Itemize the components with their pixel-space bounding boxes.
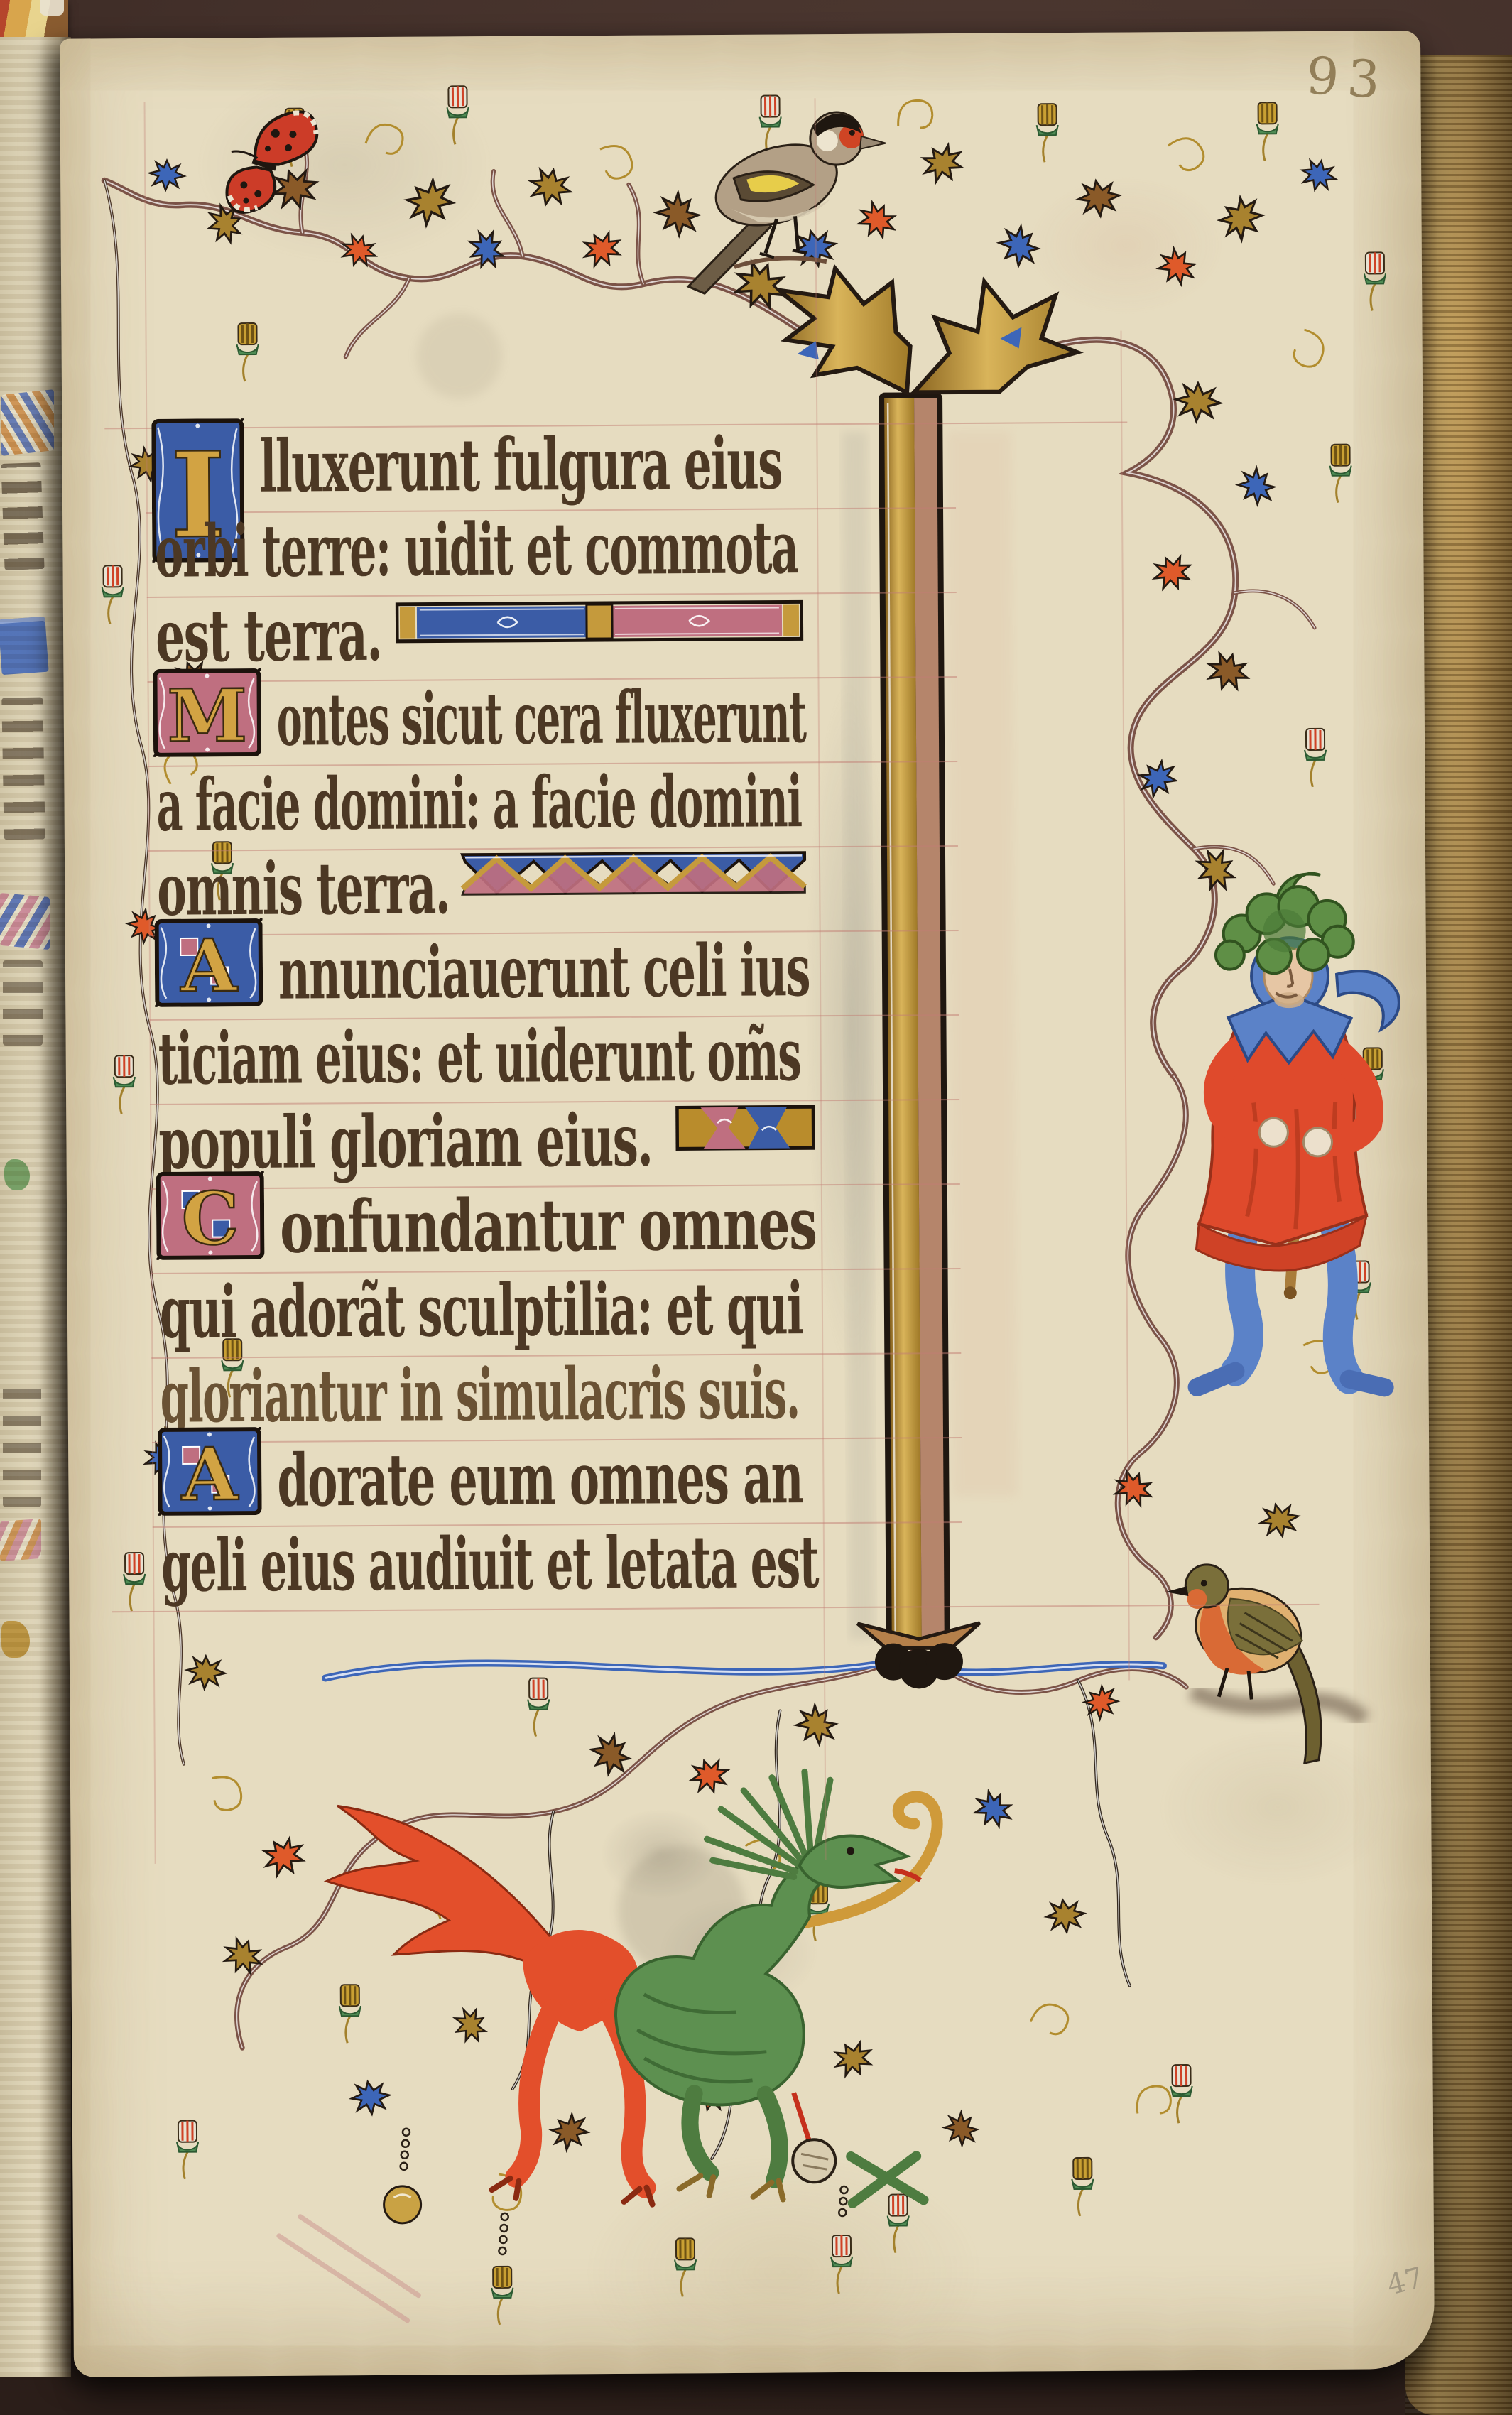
text-line-content: gloriantur in simulacris suis. — [160, 1350, 800, 1438]
stacked-page-edges — [0, 37, 71, 2377]
border-leaf — [449, 2003, 492, 2048]
underpage-border-fragment — [1, 389, 54, 456]
border-sprig — [1170, 2065, 1192, 2123]
underpage-text-fragment — [1, 698, 45, 840]
border-leaf — [1300, 158, 1339, 192]
text-line-content: orbi terre: uidit et commota — [155, 505, 798, 593]
text-line-content: a facie domini: a facie domini — [156, 759, 802, 847]
text-line: lluxerunt fulgura eius — [154, 416, 962, 505]
text-line: orbi terre: uidit et commota — [155, 499, 1055, 590]
border-leaf — [1148, 550, 1196, 595]
border-sprig — [1305, 729, 1327, 787]
border-leaf — [1214, 190, 1270, 247]
text-line: ontes sicut cera fluxerunt — [156, 668, 1103, 759]
border-leaf — [1076, 178, 1122, 219]
svg-text:M: M — [167, 673, 247, 757]
border-leaf — [830, 2036, 879, 2083]
border-sprig — [1257, 102, 1279, 161]
border-leaf — [992, 220, 1045, 273]
border-sprig — [888, 2194, 910, 2252]
gold-tendril — [1163, 134, 1207, 173]
text-line-content: qui adorãt sculptilia: et qui — [160, 1266, 803, 1354]
border-sprig — [675, 2238, 697, 2296]
border-leaf — [150, 161, 185, 190]
border-leaf — [1176, 384, 1220, 422]
border-leaf — [349, 2078, 392, 2117]
text-line-content: ticiam eius: et uiderunt om̃s — [158, 1012, 800, 1100]
border-sprig — [236, 323, 259, 381]
border-sprig — [831, 2235, 853, 2294]
border-leaf — [578, 226, 627, 273]
gold-tendril — [200, 1769, 249, 1816]
text-line-content: geli eius audiuit et letata est — [161, 1519, 819, 1607]
border-leaf — [649, 186, 707, 243]
border-leaf — [268, 163, 322, 214]
border-leaf — [1231, 462, 1281, 511]
pen-trial-scratches — [279, 2216, 419, 2321]
text-line-content: est terra. — [156, 592, 382, 678]
text-line-content: nnunciauerunt celi ius — [278, 928, 810, 1015]
border-sprig — [102, 565, 124, 624]
border-leaf — [528, 167, 574, 208]
underpage-bluebar-fragment — [0, 617, 49, 675]
border-leaf — [400, 171, 462, 233]
initial-panel-svg: A — [158, 1427, 262, 1516]
pendant-ornament — [384, 2129, 421, 2223]
border-leaf — [220, 1935, 266, 1978]
text-line-content: onfundantur omnes — [280, 1181, 817, 1269]
text-line-content: lluxerunt fulgura eius — [259, 421, 782, 509]
svg-text:A: A — [180, 923, 239, 1007]
illuminated-initial-C: C — [156, 1171, 265, 1260]
border-leaf — [545, 2107, 595, 2156]
border-sprig — [124, 1553, 146, 1611]
border-sprig — [1072, 2158, 1094, 2216]
text-line: dorate eum omnes an — [161, 1430, 974, 1519]
underpage-rose-fragment — [0, 1519, 41, 1561]
line-filler-svg — [675, 1102, 815, 1153]
underpage-text-fragment — [1, 462, 44, 570]
illuminated-initial-A: A — [155, 918, 263, 1007]
initial-panel-svg: C — [156, 1171, 265, 1260]
gold-tendril — [891, 92, 939, 140]
gold-tendril — [1028, 2000, 1072, 2040]
text-line: nnunciauerunt celi ius — [158, 923, 1006, 1012]
gold-tendril — [1129, 2078, 1177, 2127]
photographed-manuscript-scene: 93 47 red butterfly — [0, 0, 1512, 2415]
svg-text:A: A — [181, 1432, 240, 1516]
border-leaf — [969, 1787, 1017, 1832]
border-sprig — [177, 2121, 199, 2179]
svg-text:C: C — [181, 1176, 239, 1260]
gold-tendril — [1287, 325, 1329, 371]
line-filler-small — [675, 1102, 815, 1153]
text-line-content: ontes sicut cera fluxerunt — [276, 674, 805, 761]
butterfly-illustration: red butterfly — [208, 107, 335, 217]
text-line: geli eius audiuit et letata est — [161, 1514, 1082, 1604]
border-leaf — [1044, 1896, 1087, 1935]
text-line: gloriantur in simulacris suis. — [160, 1345, 1091, 1435]
illuminated-initial-A: A — [158, 1427, 262, 1516]
robin-illustration: robin on mossy branch — [1165, 1564, 1364, 1764]
text-line: qui adorãt sculptilia: et qui — [160, 1260, 1035, 1350]
line-filler-svg — [459, 848, 807, 899]
underpage-goldleaf-fragment — [1, 1621, 30, 1658]
border-sprig — [491, 2267, 513, 2325]
page-marker-speck — [40, 0, 64, 16]
border-sprig — [114, 1055, 136, 1114]
border-leaf — [916, 137, 969, 189]
border-leaf — [790, 1700, 843, 1752]
border-sprig — [1364, 252, 1386, 310]
dragon-illustration: two-bodied dragon grotesque — [326, 1771, 940, 2206]
border-leaf — [1204, 650, 1252, 694]
jester-illustration: jester grotesque in red tunic and green … — [1194, 873, 1401, 1389]
initial-panel-svg: A — [155, 918, 263, 1007]
pendant-ornament — [491, 2213, 513, 2325]
border-sprig — [1037, 104, 1059, 162]
gold-tendril — [591, 139, 638, 184]
underpage-text-fragment — [3, 1386, 41, 1507]
text-line: onfundantur omnes — [159, 1176, 916, 1266]
border-sprig — [1329, 445, 1351, 503]
border-sprig — [528, 1678, 550, 1737]
initial-panel-svg: M — [153, 668, 261, 757]
border-sprig — [339, 1985, 361, 2043]
border-leaf — [687, 1754, 733, 1798]
text-line: a facie domini: a facie domini — [156, 753, 1106, 843]
border-sprig — [759, 96, 781, 154]
manuscript-page: 93 47 red butterfly — [60, 31, 1435, 2377]
border-leaf — [938, 2107, 984, 2151]
border-leaf — [1258, 1499, 1302, 1541]
line-filler-bar — [396, 597, 803, 646]
underpage-leaf-fragment — [4, 1159, 30, 1190]
border-leaf — [854, 198, 901, 243]
line-filler-svg — [396, 597, 803, 646]
line-filler-zigzag — [459, 848, 807, 899]
border-leaf — [1153, 244, 1201, 291]
border-sprig — [447, 86, 469, 144]
underpage-text-fragment — [3, 960, 43, 1046]
border-leaf — [258, 1830, 311, 1882]
text-line: ticiam eius: et uiderunt om̃s — [158, 1006, 1065, 1097]
goldfinch-illustration: goldfinch perched on vine — [687, 112, 887, 294]
gold-tendril — [361, 119, 407, 161]
illuminated-initial-M: M — [153, 668, 261, 757]
underpage-zigzag-fragment — [0, 893, 50, 950]
border-leaf — [1079, 1680, 1124, 1725]
border-leaf — [187, 1656, 224, 1689]
text-line-content: dorate eum omnes an — [277, 1435, 803, 1522]
